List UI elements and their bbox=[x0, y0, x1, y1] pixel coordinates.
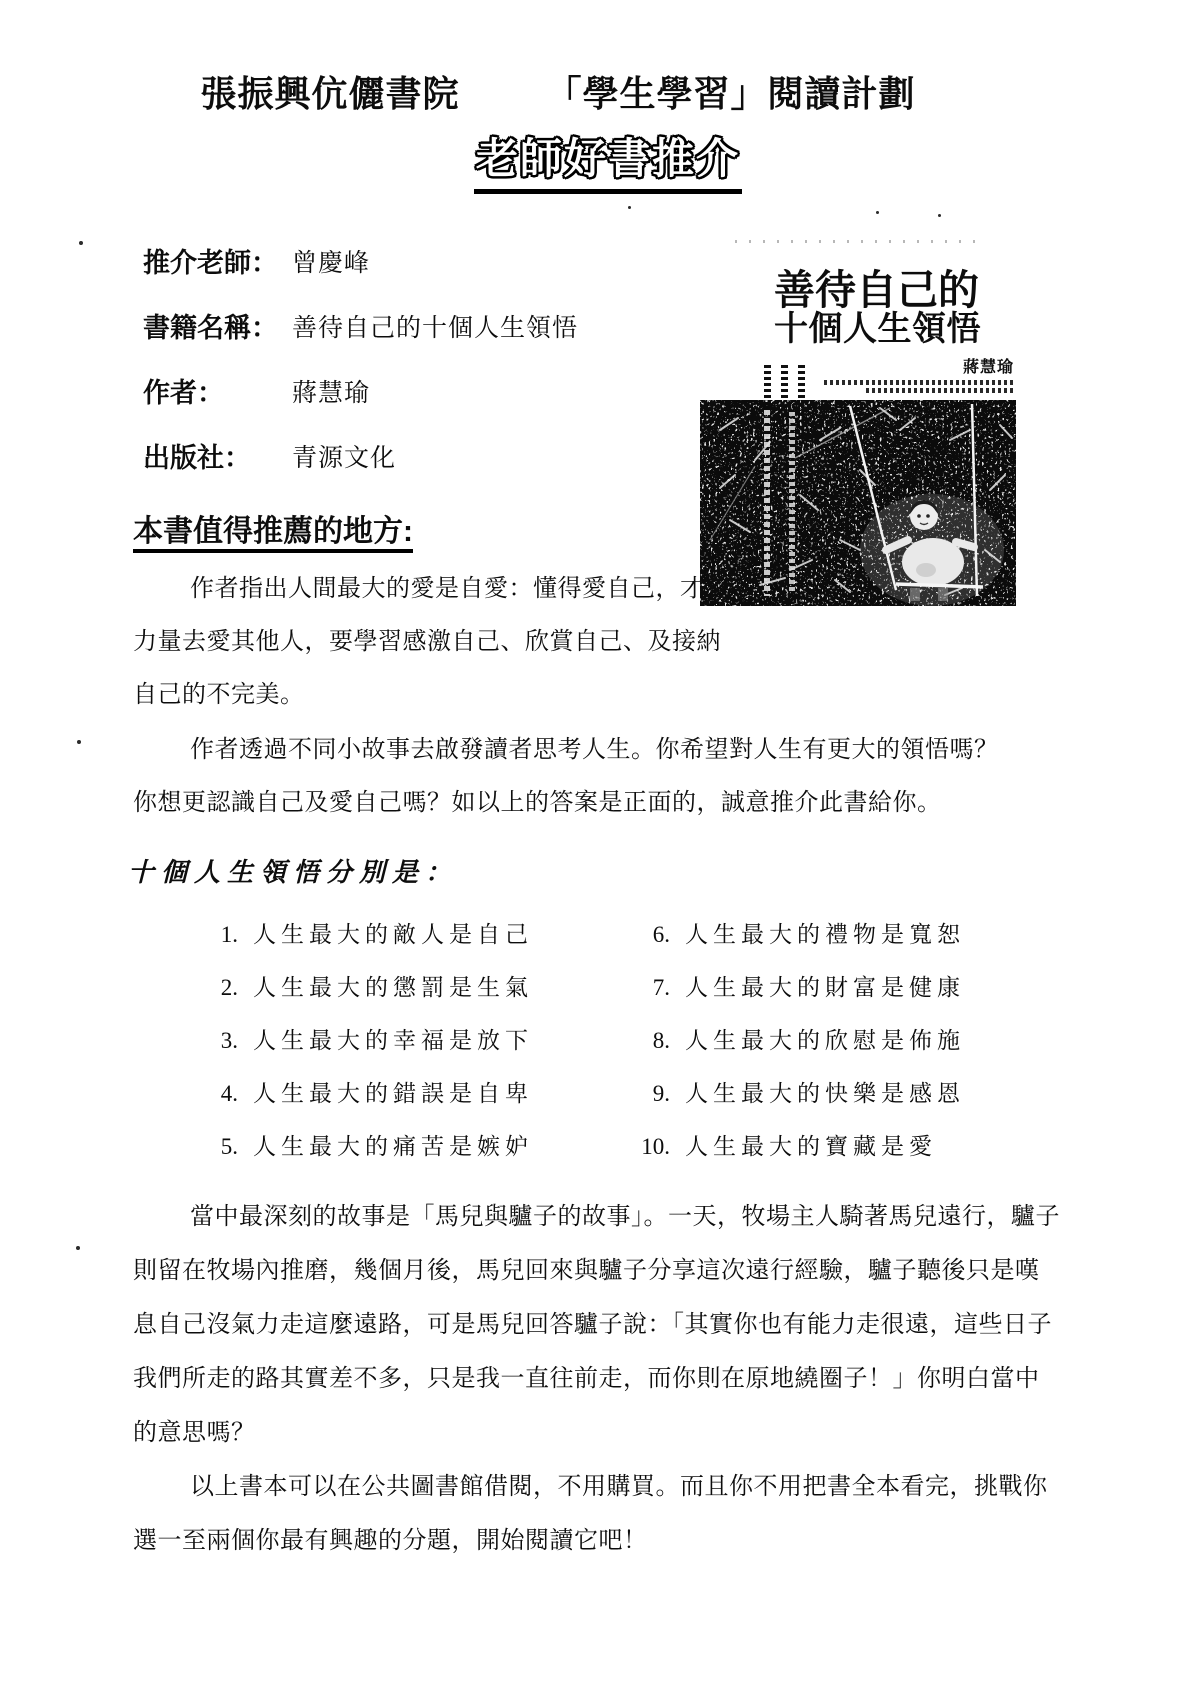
insight-item: 5.人生最大的痛苦是嫉妒 bbox=[204, 1120, 533, 1173]
insight-item: 6.人生最大的禮物是寬恕 bbox=[628, 908, 965, 961]
recommend-paragraph-1: 作者指出人間最大的愛是自愛：懂得愛自己，才有 力量去愛其他人，要學習感激自己、欣… bbox=[133, 563, 729, 722]
recommend-paragraph-2: 作者透過不同小故事去啟發讀者思考人生。你希望對人生有更大的領悟嗎？ 你想更認識自… bbox=[133, 724, 999, 830]
school-name: 張振興伉儷書院 bbox=[200, 73, 459, 114]
insights-column-right: 6.人生最大的禮物是寬恕 7.人生最大的財富是健康 8.人生最大的欣慰是佈施 9… bbox=[628, 908, 965, 1173]
book-cover: 善待自己的 十個人生領悟 蔣慧瑜 bbox=[700, 212, 1016, 606]
insight-item: 3.人生最大的幸福是放下 bbox=[204, 1014, 533, 1067]
meta-label: 作者： bbox=[143, 371, 292, 410]
insight-item: 8.人生最大的欣慰是佈施 bbox=[628, 1014, 965, 1067]
insight-item: 4.人生最大的錯誤是自卑 bbox=[204, 1067, 533, 1120]
scan-speck bbox=[628, 206, 631, 209]
meta-row-teacher: 推介老師： 曾慶峰 bbox=[143, 228, 578, 293]
insight-item: 7.人生最大的財富是健康 bbox=[628, 961, 965, 1014]
meta-row-author: 作者： 蔣慧瑜 bbox=[143, 358, 578, 423]
story-line: 的意思嗎？ bbox=[133, 1406, 1060, 1460]
story-line: 則留在牧場內推磨，幾個月後，馬兒回來與驢子分享這次遠行經驗，驢子聽後只是嘆 bbox=[133, 1244, 1060, 1298]
paragraph-line: 作者透過不同小故事去啟發讀者思考人生。你希望對人生有更大的領悟嗎？ bbox=[133, 724, 999, 777]
scan-noise-dots bbox=[735, 240, 985, 243]
cover-spine-text bbox=[764, 362, 805, 398]
page-title: 張振興伉儷書院「學生學習」閱讀計劃 bbox=[0, 66, 1116, 117]
paragraph-line: 力量去愛其他人，要學習感激自己、欣賞自己、及接納 bbox=[133, 616, 729, 669]
recommend-heading: 本書值得推薦的地方: bbox=[133, 506, 413, 550]
book-meta: 推介老師： 曾慶峰 書籍名稱： 善待自己的十個人生領悟 作者： 蔣慧瑜 出版社：… bbox=[143, 228, 578, 488]
insight-item: 1.人生最大的敵人是自己 bbox=[204, 908, 533, 961]
meta-value: 青源文化 bbox=[292, 438, 396, 474]
cover-title-line1: 善待自己的 bbox=[700, 268, 1016, 312]
scan-speck bbox=[77, 740, 81, 744]
insight-item: 2.人生最大的懲罰是生氣 bbox=[204, 961, 533, 1014]
meta-value: 善待自己的十個人生領悟 bbox=[292, 308, 578, 344]
insights-heading: 十個人生領悟分別是： bbox=[128, 852, 458, 889]
subtitle-wrap: 老師好書推介 bbox=[25, 126, 1191, 194]
meta-label: 出版社： bbox=[143, 436, 292, 475]
closing-line: 選一至兩個你最有興趣的分題，開始閱讀它吧！ bbox=[133, 1514, 1048, 1568]
scan-speck bbox=[79, 241, 83, 245]
story-line: 當中最深刻的故事是「馬兒與驢子的故事」。一天，牧場主人騎著馬兒遠行，驢子 bbox=[133, 1190, 1060, 1244]
document-page: 張振興伉儷書院「學生學習」閱讀計劃 老師好書推介 推介老師： 曾慶峰 書籍名稱：… bbox=[0, 0, 1191, 1685]
scan-speck bbox=[938, 214, 941, 217]
scan-speck bbox=[876, 211, 879, 214]
insight-item: 9.人生最大的快樂是感恩 bbox=[628, 1067, 965, 1120]
cover-byline: 蔣慧瑜 bbox=[700, 354, 1016, 398]
meta-label: 書籍名稱： bbox=[143, 306, 292, 345]
cover-photo-swing bbox=[700, 400, 1016, 606]
page-subtitle: 老師好書推介 bbox=[474, 126, 742, 194]
paragraph-line: 作者指出人間最大的愛是自愛：懂得愛自己，才有 bbox=[133, 563, 729, 616]
meta-row-book-title: 書籍名稱： 善待自己的十個人生領悟 bbox=[143, 293, 578, 358]
scan-speck bbox=[76, 1246, 80, 1250]
closing-paragraph: 以上書本可以在公共圖書館借閱，不用購買。而且你不用把書全本看完，挑戰你 選一至兩… bbox=[133, 1460, 1048, 1568]
meta-value: 蔣慧瑜 bbox=[292, 373, 370, 409]
cover-author: 蔣慧瑜 bbox=[963, 359, 1014, 376]
closing-line: 以上書本可以在公共圖書館借閱，不用購買。而且你不用把書全本看完，挑戰你 bbox=[133, 1460, 1048, 1514]
story-line: 息自己沒氣力走這麼遠路，可是馬兒回答驢子說：「其實你也有能力走很遠，這些日子 bbox=[133, 1298, 1060, 1352]
paragraph-line: 自己的不完美。 bbox=[133, 669, 729, 722]
child-body bbox=[902, 538, 964, 586]
cover-smallprint bbox=[824, 380, 1014, 385]
cover-title-line2: 十個人生領悟 bbox=[700, 312, 1016, 348]
paragraph-line: 你想更認識自己及愛自己嗎？如以上的答案是正面的，誠意推介此書給你。 bbox=[133, 777, 999, 830]
story-paragraph: 當中最深刻的故事是「馬兒與驢子的故事」。一天，牧場主人騎著馬兒遠行，驢子 則留在… bbox=[133, 1190, 1060, 1460]
cover-smallprint bbox=[866, 388, 1014, 393]
meta-row-publisher: 出版社： 青源文化 bbox=[143, 423, 578, 488]
story-line: 我們所走的路其實差不多，只是我一直往前走，而你則在原地繞圈子！」你明白當中 bbox=[133, 1352, 1060, 1406]
insights-column-left: 1.人生最大的敵人是自己 2.人生最大的懲罰是生氣 3.人生最大的幸福是放下 4… bbox=[204, 908, 533, 1173]
program-name: 「學生學習」閱讀計劃 bbox=[546, 73, 916, 114]
insight-item: 10.人生最大的寶藏是愛 bbox=[628, 1120, 965, 1173]
meta-label: 推介老師： bbox=[143, 241, 292, 280]
meta-value: 曾慶峰 bbox=[292, 243, 370, 279]
